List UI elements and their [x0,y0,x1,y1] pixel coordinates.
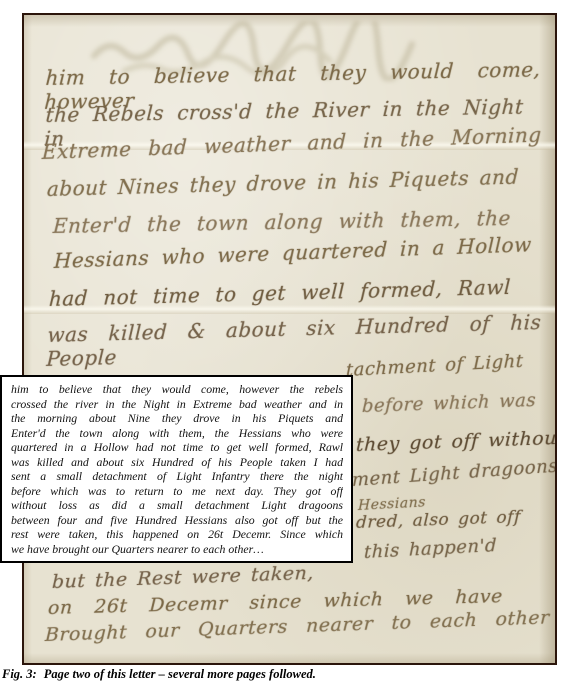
caption-text: Page two of this letter – several more p… [44,667,316,681]
transcription-line: the morning about Nine they drove in his… [11,411,343,426]
transcription-line: sent a small detachment of Light Infantr… [11,469,343,484]
handwriting-line: Hessians who were quartered in a Hollow [54,232,533,273]
letter-photo-frame: him to believe that they would come, how… [22,13,557,665]
transcription-line: him to believe that they would come, how… [11,382,343,397]
handwriting-line: about Nines they drove in his Piquets an… [46,165,519,201]
transcription-line: quartered in a Hollow had not time to ge… [11,440,343,455]
transcription-line: without loss as did a small detachment L… [11,498,343,513]
transcription-line: was killed and about six Hundred of his … [11,455,343,470]
transcription-line: before which was to return to me next da… [11,484,343,499]
handwriting-line: Enter'd the town along with them, the [52,206,511,238]
handwriting-fragment: before which was [362,390,537,417]
transcription-overlay: him to believe that they would come, how… [0,375,353,563]
caption-label: Fig. 3: [2,667,37,681]
paper-edge-shading-bottom [24,653,555,663]
transcription-line: Enter'd the town along with them, the He… [11,426,343,441]
transcription-line: we have brought our Quarters nearer to e… [11,542,343,557]
handwriting-line: but the Rest were taken, [52,560,373,593]
paper-edge-shading-left [24,15,32,663]
document-page: him to believe that they would come, how… [0,0,571,688]
paper-edge-shading-right [539,15,555,663]
handwriting-fragment: they got off without [356,427,557,456]
transcription-line: rest were taken, this happened on 26t De… [11,527,343,542]
figure-caption: Fig. 3:Page two of this letter – several… [2,667,568,682]
transcription-line: between four and five Hundred Hessians a… [11,513,343,528]
transcription-line: crossed the river in the Night in Extrem… [11,397,343,412]
handwriting-fragment: this happen'd [364,535,497,563]
handwriting-fragment: ment Light dragoons [352,456,557,491]
